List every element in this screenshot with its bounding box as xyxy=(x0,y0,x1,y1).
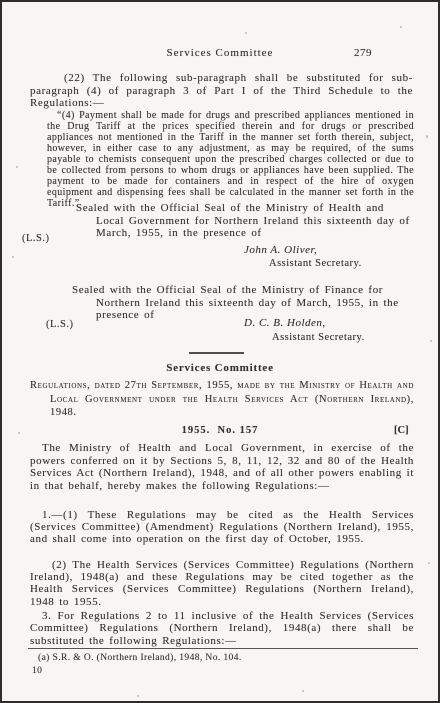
instrument-heading: Services Committee xyxy=(2,362,438,374)
instrument-number: 1955. No. 157 xyxy=(2,425,438,436)
instrument-caption: Regulations, dated 27th September, 1955,… xyxy=(50,379,414,420)
paragraph-22: (22) The following sub-paragraph shall b… xyxy=(30,72,413,110)
signature-title-health: Assistant Secretary. xyxy=(269,258,362,269)
locus-sigilli-finance: (L.S.) xyxy=(46,319,74,330)
classification-mark: [C] xyxy=(394,425,409,436)
footnote-a: (a) S.R. & O. (Northern Ireland), 1948, … xyxy=(38,653,242,663)
scan-speck xyxy=(137,695,139,697)
footnote-rule xyxy=(28,648,418,649)
scanned-document-page: Services Committee 279 (22) The followin… xyxy=(0,0,440,703)
signature-title-finance: Assistant Secretary. xyxy=(272,332,365,343)
scan-speck xyxy=(245,32,247,34)
scan-speck xyxy=(302,690,304,692)
quoted-sub-paragraph-4: “(4) Payment shall be made for drugs and… xyxy=(47,110,414,209)
section-divider-rule xyxy=(189,352,244,354)
preamble-paragraph: The Ministry of Health and Local Governm… xyxy=(30,442,414,492)
scan-speck xyxy=(430,340,432,342)
locus-sigilli-health: (L.S.) xyxy=(22,233,50,244)
scan-speck xyxy=(428,562,430,564)
signature-john-a-oliver: John A. Oliver, xyxy=(244,244,317,256)
signature-d-c-b-holden: D. C. B. Holden, xyxy=(244,317,326,329)
regulation-1-2: (2) The Health Services (Services Commit… xyxy=(30,559,414,608)
regulation-1-1: 1.—(1) These Regulations may be cited as… xyxy=(30,509,414,546)
scan-speck xyxy=(426,135,428,138)
scan-speck xyxy=(400,26,402,28)
running-head-title: Services Committee xyxy=(2,47,438,59)
scan-speck xyxy=(12,256,14,258)
printer-signature-mark: 10 xyxy=(32,666,42,676)
scan-speck xyxy=(16,166,18,168)
seal-clause-ministry-of-health: Sealed with the Official Seal of the Min… xyxy=(96,202,412,240)
page-number: 279 xyxy=(354,47,372,59)
regulation-3: 3. For Regulations 2 to 11 inclusive of … xyxy=(30,610,414,647)
scan-speck xyxy=(18,432,20,434)
